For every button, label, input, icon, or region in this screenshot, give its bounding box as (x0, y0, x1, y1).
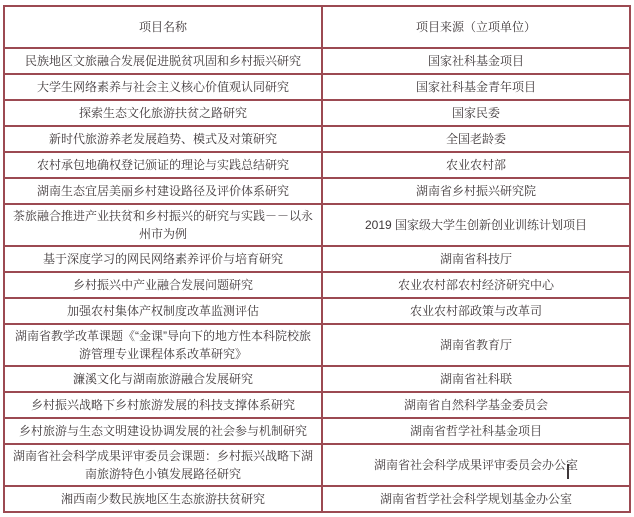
table-row: 乡村振兴中产业融合发展问题研究农业农村部农村经济研究中心 (4, 272, 630, 298)
project-name-cell: 乡村旅游与生态文明建设协调发展的社会参与机制研究 (4, 418, 322, 444)
project-source-cell: 全国老龄委 (322, 126, 630, 152)
page: 项目名称 项目来源（立项单位） 民族地区文旅融合发展促进脱贫巩固和乡村振兴研究国… (0, 0, 634, 517)
table-row: 加强农村集体产权制度改革监测评估农业农村部政策与改革司 (4, 298, 630, 324)
header-project-source: 项目来源（立项单位） (322, 6, 630, 48)
project-name-cell: 湘西南少数民族地区生态旅游扶贫研究 (4, 486, 322, 512)
project-source-cell: 农业农村部 (322, 152, 630, 178)
project-source-cell: 湖南省自然科学基金委员会 (322, 392, 630, 418)
project-name-cell: 湖南省社会科学成果评审委员会课题：乡村振兴战略下湖南旅游特色小镇发展路径研究 (4, 444, 322, 486)
project-source-cell: 湖南省教育厅 (322, 324, 630, 366)
project-name-cell: 探索生态文化旅游扶贫之路研究 (4, 100, 322, 126)
text-cursor (567, 464, 569, 479)
project-name-cell: 乡村振兴中产业融合发展问题研究 (4, 272, 322, 298)
project-source-cell: 湖南省哲学社会科学规划基金办公室 (322, 486, 630, 512)
table-row: 湖南生态宜居美丽乡村建设路径及评价体系研究湖南省乡村振兴研究院 (4, 178, 630, 204)
project-name-cell: 湖南生态宜居美丽乡村建设路径及评价体系研究 (4, 178, 322, 204)
project-name-cell: 濂溪文化与湖南旅游融合发展研究 (4, 366, 322, 392)
project-source-cell: 农业农村部政策与改革司 (322, 298, 630, 324)
table-row: 濂溪文化与湖南旅游融合发展研究湖南省社科联 (4, 366, 630, 392)
table-row: 乡村振兴战略下乡村旅游发展的科技支撑体系研究湖南省自然科学基金委员会 (4, 392, 630, 418)
project-source-cell: 湖南省哲学社科基金项目 (322, 418, 630, 444)
table-row: 大学生网络素养与社会主义核心价值观认同研究国家社科基金青年项目 (4, 74, 630, 100)
project-source-cell: 国家社科基金青年项目 (322, 74, 630, 100)
project-name-cell: 湖南省教学改革课题《“金课”导向下的地方性本科院校旅游管理专业课程体系改革研究》 (4, 324, 322, 366)
table-row: 基于深度学习的网民网络素养评价与培育研究湖南省科技厅 (4, 246, 630, 272)
table-row: 探索生态文化旅游扶贫之路研究国家民委 (4, 100, 630, 126)
table-row: 乡村旅游与生态文明建设协调发展的社会参与机制研究湖南省哲学社科基金项目 (4, 418, 630, 444)
project-source-cell: 湖南省社科联 (322, 366, 630, 392)
table-row: 民族地区文旅融合发展促进脱贫巩固和乡村振兴研究国家社科基金项目 (4, 48, 630, 74)
project-name-cell: 乡村振兴战略下乡村旅游发展的科技支撑体系研究 (4, 392, 322, 418)
projects-table: 项目名称 项目来源（立项单位） 民族地区文旅融合发展促进脱贫巩固和乡村振兴研究国… (3, 5, 631, 513)
project-name-cell: 新时代旅游养老发展趋势、模式及对策研究 (4, 126, 322, 152)
project-source-cell: 国家社科基金项目 (322, 48, 630, 74)
project-source-cell: 湖南省乡村振兴研究院 (322, 178, 630, 204)
header-row: 项目名称 项目来源（立项单位） (4, 6, 630, 48)
header-project-name: 项目名称 (4, 6, 322, 48)
table-row: 农村承包地确权登记颁证的理论与实践总结研究农业农村部 (4, 152, 630, 178)
table-row: 新时代旅游养老发展趋势、模式及对策研究全国老龄委 (4, 126, 630, 152)
project-source-cell: 2019 国家级大学生创新创业训练计划项目 (322, 204, 630, 246)
table-body: 民族地区文旅融合发展促进脱贫巩固和乡村振兴研究国家社科基金项目大学生网络素养与社… (4, 48, 630, 512)
project-name-cell: 大学生网络素养与社会主义核心价值观认同研究 (4, 74, 322, 100)
project-source-cell: 湖南省社会科学成果评审委员会办公室 (322, 444, 630, 486)
project-source-cell: 农业农村部农村经济研究中心 (322, 272, 630, 298)
table-row: 湘西南少数民族地区生态旅游扶贫研究湖南省哲学社会科学规划基金办公室 (4, 486, 630, 512)
project-name-cell: 茶旅融合推进产业扶贫和乡村振兴的研究与实践－－以永州市为例 (4, 204, 322, 246)
project-name-cell: 民族地区文旅融合发展促进脱贫巩固和乡村振兴研究 (4, 48, 322, 74)
table-row: 湖南省社会科学成果评审委员会课题：乡村振兴战略下湖南旅游特色小镇发展路径研究湖南… (4, 444, 630, 486)
table-header: 项目名称 项目来源（立项单位） (4, 6, 630, 48)
table-row: 茶旅融合推进产业扶贫和乡村振兴的研究与实践－－以永州市为例2019 国家级大学生… (4, 204, 630, 246)
project-name-cell: 农村承包地确权登记颁证的理论与实践总结研究 (4, 152, 322, 178)
table-row: 湖南省教学改革课题《“金课”导向下的地方性本科院校旅游管理专业课程体系改革研究》… (4, 324, 630, 366)
project-name-cell: 基于深度学习的网民网络素养评价与培育研究 (4, 246, 322, 272)
project-name-cell: 加强农村集体产权制度改革监测评估 (4, 298, 322, 324)
project-source-cell: 国家民委 (322, 100, 630, 126)
project-source-cell: 湖南省科技厅 (322, 246, 630, 272)
